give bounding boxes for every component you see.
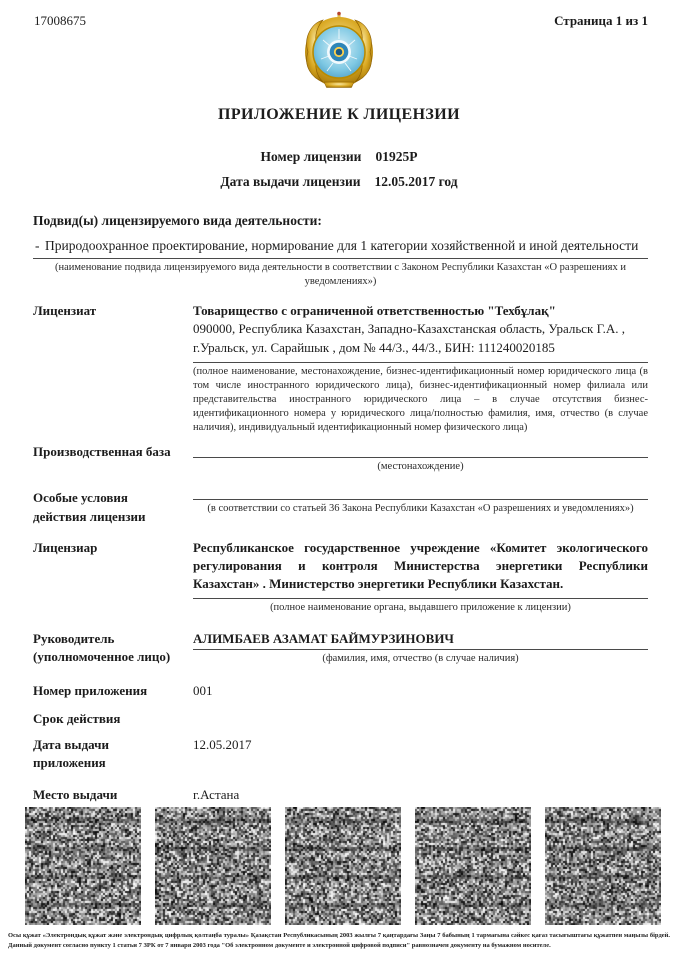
appendix-date-label: Дата выдачи приложения xyxy=(33,736,193,772)
licensor-label: Лицензиар xyxy=(33,539,193,616)
subtype-list-item: - Природоохранное проектирование, нормир… xyxy=(33,237,648,255)
issue-place-value: г.Астана xyxy=(193,787,239,802)
field-row-licensee: Лицензиат Товарищество с ограниченной от… xyxy=(33,302,648,434)
subtype-heading: Подвид(ы) лицензируемого вида деятельнос… xyxy=(33,213,648,229)
appendix-number-value: 001 xyxy=(193,683,213,698)
appendix-date-value: 12.05.2017 xyxy=(193,737,252,752)
license-date-value: 12.05.2017 год xyxy=(375,174,458,189)
licensee-footnote: (полное наименование, местонахождение, б… xyxy=(193,365,648,435)
legal-footer-text: Осы құжат «Электрондық құжат және электр… xyxy=(8,931,670,952)
licensee-address: 090000, Республика Казахстан, Западно-Ка… xyxy=(193,320,648,356)
production-base-blank-field xyxy=(193,443,648,458)
document-header: 17008675 xyxy=(0,0,678,92)
field-row-appendix-number: Номер приложения 001 xyxy=(33,682,648,700)
license-number-label: Номер лицензии xyxy=(261,149,362,164)
head-name: АЛИМБАЕВ АЗАМАТ БАЙМУРЗИНОВИЧ xyxy=(193,630,648,650)
license-number-value: 01925P xyxy=(375,149,417,164)
license-date-label: Дата выдачи лицензии xyxy=(220,174,360,189)
appendix-number-label: Номер приложения xyxy=(33,682,193,700)
subtype-item-text: Природоохранное проектирование, нормиров… xyxy=(45,237,648,255)
digital-signature-barcode-strip xyxy=(25,807,661,925)
head-footnote: (фамилия, имя, отчество (в случае наличи… xyxy=(193,652,648,666)
digital-signature-barcode xyxy=(25,807,141,925)
special-conditions-footnote: (в соответствии со статьей 36 Закона Рес… xyxy=(193,502,648,516)
license-date-line: Дата выдачи лицензии12.05.2017 год xyxy=(0,174,678,190)
validity-label: Срок действия xyxy=(33,710,193,728)
digital-signature-barcode xyxy=(285,807,401,925)
digital-signature-barcode xyxy=(155,807,271,925)
field-row-production-base: Производственная база (местонахождение) xyxy=(33,443,648,474)
page-indicator: Страница 1 из 1 xyxy=(554,13,648,29)
divider-line xyxy=(33,258,648,259)
head-label: Руководитель (уполномоченное лицо) xyxy=(33,630,193,666)
production-base-label: Производственная база xyxy=(33,443,193,474)
kazakhstan-emblem-icon xyxy=(299,9,379,91)
licensor-footnote: (полное наименование органа, выдавшего п… xyxy=(193,601,648,615)
issue-place-label: Место выдачи xyxy=(33,786,193,804)
licensee-name: Товарищество с ограниченной ответственно… xyxy=(193,302,648,320)
digital-signature-barcode xyxy=(415,807,531,925)
divider-line xyxy=(193,362,648,363)
list-dash-marker: - xyxy=(33,237,45,255)
subtype-footnote: (наименование подвида лицензируемого вид… xyxy=(33,261,648,289)
special-conditions-label: Особые условия действия лицензии xyxy=(33,489,193,525)
production-base-footnote: (местонахождение) xyxy=(193,460,648,474)
page-title: ПРИЛОЖЕНИЕ К ЛИЦЕНЗИИ xyxy=(0,106,678,124)
licensor-name: Республиканское государственное учрежден… xyxy=(193,539,648,594)
digital-signature-barcode xyxy=(545,807,661,925)
field-row-issue-place: Место выдачи г.Астана xyxy=(33,786,648,804)
document-number: 17008675 xyxy=(34,13,86,29)
field-row-licensor: Лицензиар Республиканское государственно… xyxy=(33,539,648,616)
field-row-appendix-date: Дата выдачи приложения 12.05.2017 xyxy=(33,736,648,772)
field-row-special-conditions: Особые условия действия лицензии (в соот… xyxy=(33,489,648,525)
divider-line xyxy=(193,598,648,599)
license-number-line: Номер лицензии01925P xyxy=(0,149,678,165)
licensee-label: Лицензиат xyxy=(33,302,193,434)
field-row-validity: Срок действия xyxy=(33,710,648,728)
special-conditions-blank-field xyxy=(193,489,648,500)
field-row-head: Руководитель (уполномоченное лицо) АЛИМБ… xyxy=(33,630,648,666)
document-body: Подвид(ы) лицензируемого вида деятельнос… xyxy=(0,213,678,805)
license-appendix-document: 17008675 xyxy=(0,0,678,960)
